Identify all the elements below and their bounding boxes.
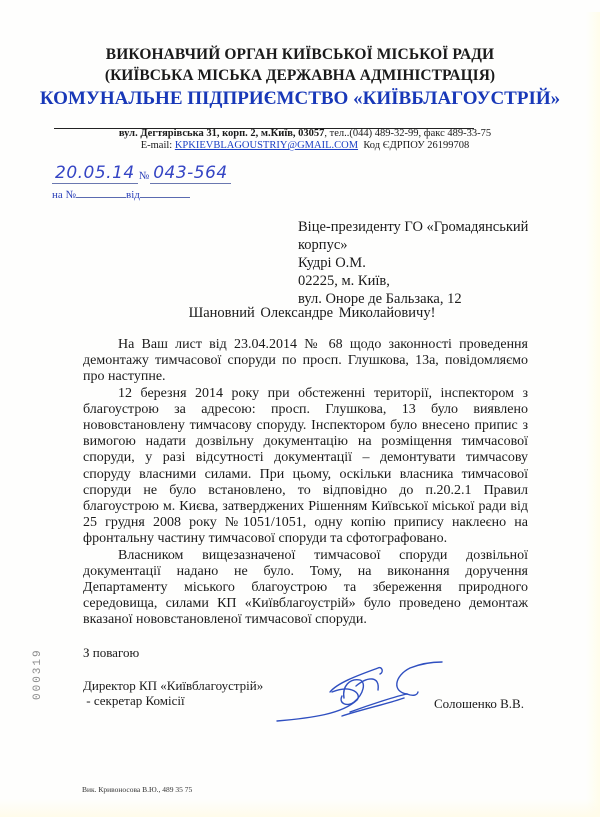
handwritten-date: 20.05.14 <box>52 163 138 184</box>
reply-from-label: від <box>126 189 140 201</box>
reply-reference: на №від <box>52 189 190 201</box>
reply-date-blank <box>140 197 190 198</box>
recipient-line: Кудрі О.М. <box>298 254 528 272</box>
outgoing-registration: 20.05.14№043-564 <box>52 158 231 184</box>
reply-prefix: на № <box>52 189 76 201</box>
handwritten-signature-icon <box>272 652 447 732</box>
signatory-title: Директор КП «Київблагоустрій» - секретар… <box>83 678 263 708</box>
letter-page: ВИКОНАВЧИЙ ОРГАН КИЇВСЬКОЇ МІСЬКОЇ РАДИ … <box>0 0 600 817</box>
recipient-block: Віце-президенту ГО «Громадянський корпус… <box>298 218 528 308</box>
street-address: вул. Дегтярівська 31, корп. 2, м.Київ, 0… <box>119 128 325 139</box>
signatory-title-line-2: - секретар Комісії <box>83 693 263 708</box>
header-line-1: ВИКОНАВЧИЙ ОРГАН КИЇВСЬКОЇ МІСЬКОЇ РАДИ <box>0 46 600 64</box>
salutation: Шановний Олександре Миколайовичу! <box>0 305 600 322</box>
email-link[interactable]: KPKIEVBLAGOUSTRIY@GMAIL.COM <box>175 140 358 151</box>
closing: З повагою <box>83 645 139 661</box>
reply-number-blank <box>76 197 126 198</box>
scan-bottom-tint <box>0 799 600 817</box>
signatory-title-line-1: Директор КП «Київблагоустрій» <box>83 678 263 693</box>
handwritten-number: 043-564 <box>150 163 231 184</box>
body-paragraph: 12 березня 2014 року при обстеженні тери… <box>83 386 528 548</box>
signer-name: Солошенко В.В. <box>434 696 524 712</box>
body-paragraph: На Ваш лист від 23.04.2014 № 68 щодо зак… <box>83 337 528 386</box>
edrpou-code: Код ЄДРПОУ 26199708 <box>363 140 469 151</box>
company-name: КОМУНАЛЬНЕ ПІДПРИЄМСТВО «КИЇВБЛАГОУСТРІЙ… <box>0 88 600 110</box>
letterhead-address: вул. Дегтярівська 31, корп. 2, м.Київ, 0… <box>0 128 600 152</box>
letter-body: На Ваш лист від 23.04.2014 № 68 щодо зак… <box>83 337 528 629</box>
recipient-line: 02225, м. Київ, <box>298 272 528 290</box>
body-paragraph: Власником вищезазначеної тимчасової спор… <box>83 548 528 629</box>
executor-contact: Вик. Кривоносова В.Ю., 489 35 75 <box>82 785 192 794</box>
email-label: E-mail: <box>141 140 175 151</box>
recipient-line: Віце-президенту ГО «Громадянський <box>298 218 528 236</box>
number-sign: № <box>138 170 151 184</box>
phone-fax: , тел..(044) 489-32-99, факс 489-33-75 <box>324 128 491 139</box>
header-line-2: (КИЇВСЬКА МІСЬКА ДЕРЖАВНА АДМІНІСТРАЦІЯ) <box>0 67 600 85</box>
recipient-line: корпус» <box>298 236 528 254</box>
registration-stamp-number: 000319 <box>32 648 44 700</box>
